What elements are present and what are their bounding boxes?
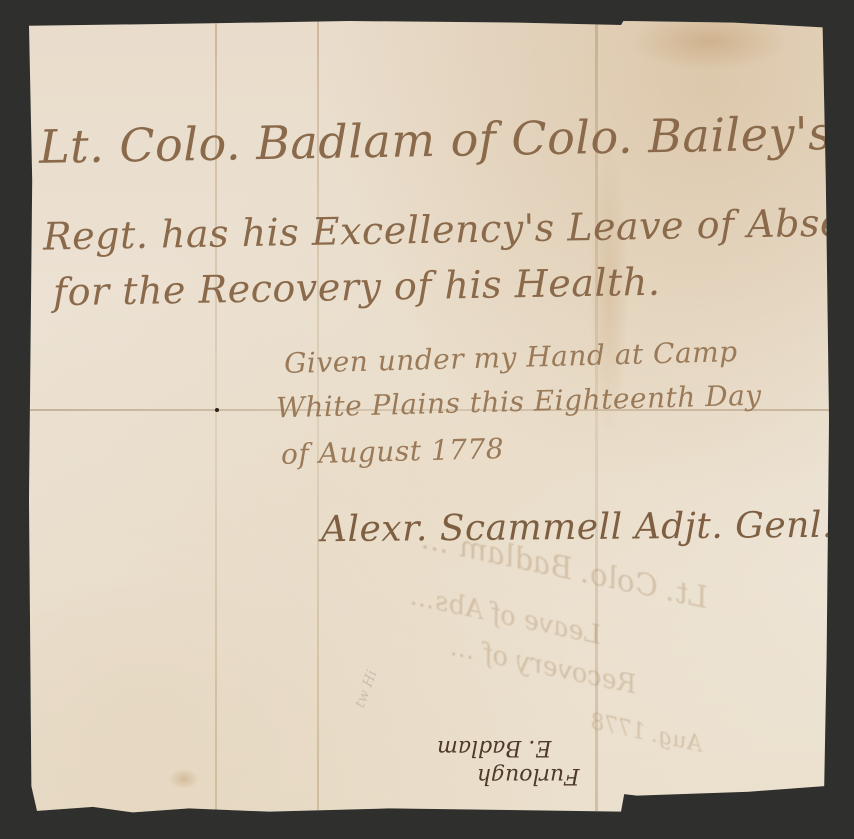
endorsement-line-1: Furlough: [437, 761, 585, 789]
body-line-2: Regt. has his Excellency's Leave of Abse…: [43, 199, 854, 258]
water-stain-top: [629, 11, 789, 71]
body-line-3: for the Recovery of his Health.: [53, 260, 661, 315]
scan-background: Lt. Colo. Badlam ... Leave of Abs... Rec…: [0, 0, 854, 839]
dateline-1: Given under my Hand at Camp: [284, 335, 738, 380]
body-line-1: Lt. Colo. Badlam of Colo. Bailey's: [39, 106, 833, 174]
pencil-note: tw Hi: [352, 668, 380, 710]
endorsement-line-2: E. Badlam: [437, 733, 585, 761]
manuscript-page: Lt. Colo. Badlam ... Leave of Abs... Rec…: [29, 21, 829, 818]
pin-hole: [215, 408, 219, 412]
bleed-through-text: Recovery of ...: [448, 632, 639, 701]
spot-stain: [169, 769, 199, 789]
bleed-through-text: Leave of Abs...: [408, 581, 604, 651]
dateline-2: White Plains this Eighteenth Day: [276, 379, 762, 425]
endorsement-upside-down: Furlough E. Badlam: [437, 733, 585, 789]
signature: Alexr. Scammell Adjt. Genl.: [321, 505, 834, 550]
bleed-through-text: Aug. 1778: [588, 709, 705, 757]
dateline-3: of August 1778: [281, 432, 505, 471]
